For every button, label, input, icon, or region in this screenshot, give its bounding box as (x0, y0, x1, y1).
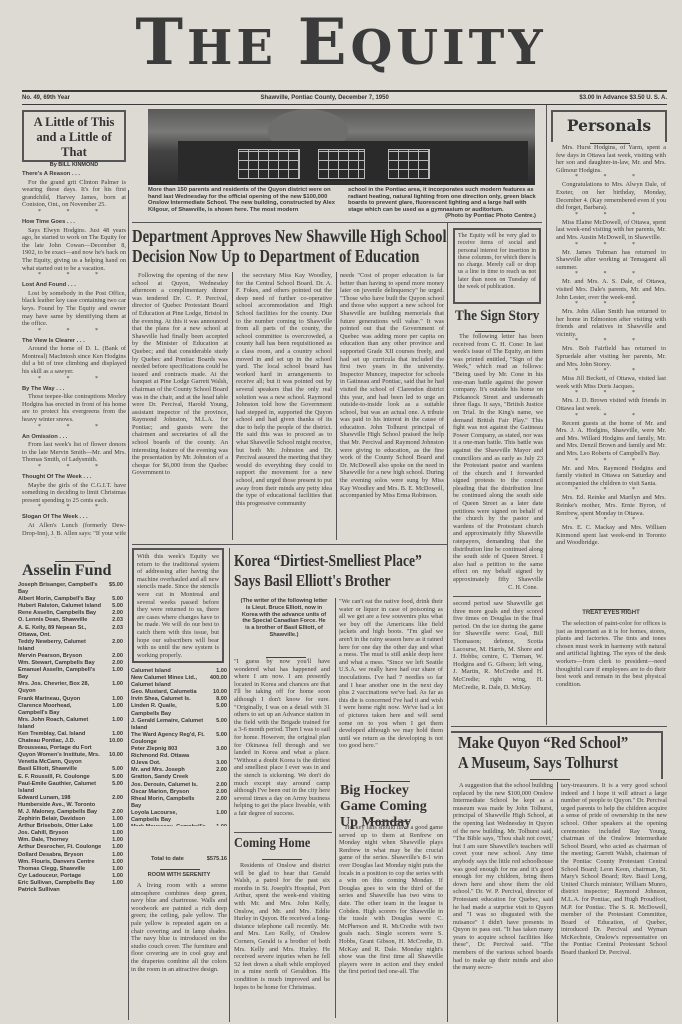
photo-caption-left: More than 150 parents and residents of t… (148, 187, 340, 213)
fund-entry: Rheal Morin, Campbells Bay2.00 (131, 796, 227, 810)
subscription-price: $3.00 In Advance $3.50 U. S. A. (579, 95, 667, 101)
personal-item: Miss Jill Beckett, of Ottawa, visited la… (556, 375, 666, 390)
personal-item: Recent guests at the home of Mr. and Mrs… (556, 420, 666, 458)
fund-entry: Joseph Brisanger, Campbell's Bay$5.00 (18, 582, 123, 596)
school-photo (148, 109, 535, 185)
column-divider-5 (546, 105, 547, 725)
quyon-col1: A suggestion that the school building re… (453, 782, 553, 1022)
separator-stars: * * * (556, 271, 666, 278)
separator-stars: * * * (556, 338, 666, 345)
issue-number: No. 49, 69th Year (22, 95, 70, 101)
separator-stars: * * * (22, 272, 126, 279)
korea-col2: "We can't eat the native food, drink the… (339, 598, 443, 770)
column-divider-6 (229, 548, 230, 1022)
fund-entry: Cyr Ladouceur, Portage1.00 (18, 873, 123, 880)
fund-entry: Thomas Clegg, Shawville1.00 (18, 866, 123, 873)
asselin-total: Total to date$575.16 (131, 856, 227, 864)
item-heading: How Time Goes . . . (22, 219, 126, 227)
personal-item: Mr. James Tubman has returned to Shawvil… (556, 249, 666, 272)
asselin-fund-list-1: Joseph Brisanger, Campbell's Bay$5.00Alb… (18, 582, 123, 1022)
fund-entry: Teddy Newberry, Calumet Island2.00 (18, 639, 123, 653)
fund-entry: Wm. Flouris, Danvers Centre1.00 (18, 859, 123, 866)
divider-main-story (132, 544, 447, 545)
quyon-headline-2: A Museum, Says Tolhurst (458, 753, 630, 773)
main-story-col3: needs "Cost of proper education is far b… (340, 272, 444, 540)
column-divider-1 (128, 190, 129, 1020)
item-heading: An Omission . . . (22, 434, 126, 442)
photo-window (318, 149, 365, 179)
personals-title: Personals (553, 112, 665, 140)
personal-item: Mrs. John Allan Smith has returned to he… (556, 308, 666, 338)
fund-entry: Mr. and Mrs. Joseph Gratton, Sandy Creek… (131, 767, 227, 781)
treat-eyes-title: TREAT EYES RIGHT (556, 610, 666, 618)
separator-stars: * * * (556, 487, 666, 494)
fund-entry: J. Gerald Lemaire, Calumet Island5.00 (131, 718, 227, 732)
fund-entry: Jos. Cahill, Bryson1.00 (18, 830, 123, 837)
asselin-fund-list-2: Calumet Island1.00New Calumet Mines Ltd.… (131, 668, 227, 826)
personal-item: Mrs. E. C. Mackay and Mrs. William Kinmo… (556, 524, 666, 547)
item-heading: There's A Reason . . . (22, 171, 126, 179)
fund-entry: A. E. Kelly, 89 Nepean St., Ottawa, Ont.… (18, 625, 123, 639)
quyon-headline-1: Make Quyon “Red School” (458, 733, 630, 753)
quyon-col2: tary-treasurers. It is a very good schoo… (561, 782, 667, 1022)
personal-item: Mrs. Hurst Hodgins, of Yarm, spent a few… (556, 144, 666, 174)
fund-entry: Chateau Pontiac, J.D. Brousseau, Portage… (18, 738, 123, 752)
separator-stars: * * * (22, 376, 126, 383)
separator-stars: * * * (22, 328, 126, 335)
column-divider-7 (335, 598, 336, 1018)
personal-item: Mrs. Ed. Reinke and Marilyn and Mrs. Rei… (556, 494, 666, 517)
quyon-headline: Make Quyon “Red School” A Museum, Says T… (458, 733, 658, 773)
separator-stars: * * * (556, 458, 666, 465)
fund-entry: Eric Sullivan, Campbells Bay1.00 (18, 880, 123, 887)
little-column-items: There's A Reason . . .For the grand grit… (22, 168, 126, 538)
fund-entry: Clarence Moorhead, Campbell's Bay1.00 (18, 703, 123, 717)
fund-entry: Hubert Ralston, Calumet Island5.00 (18, 603, 123, 610)
coming-home-title: Coming Home (234, 836, 310, 852)
little-column-header-box: A Little of This and a Little of That By… (22, 110, 126, 162)
fund-entry: Mrs. John Roach, Calumet Island1.00 (18, 717, 123, 731)
item-body: Those teepee-like contraptions Morley Ho… (22, 393, 126, 423)
main-headline-2: Decision Now Up to Department of Educati… (132, 246, 401, 266)
item-heading: Thought Of The Week . . . (22, 474, 126, 482)
photo-caption-right: school in the Pontiac area, it incorpora… (348, 187, 536, 220)
separator-stars: * * * (556, 301, 666, 308)
fund-entry: Edward Lunam, 198 Humberside Ave., W. To… (18, 795, 123, 809)
sign-story-title: The Sign Story (455, 308, 539, 325)
little-column-title: A Little of This and a Little of That (24, 115, 124, 160)
sign-story-body: The following letter has been received f… (453, 333, 543, 583)
korea-headline-1: Korea “Dirtiest-Smelliest Place” (234, 551, 402, 571)
fund-entry: Oscar Marion, Bryson2.00 (131, 789, 227, 796)
item-heading: By The Way . . . (22, 386, 126, 394)
personal-item: Congratulations to Mrs. Alwyn Dale, of E… (556, 181, 666, 211)
column-divider-8 (557, 782, 558, 1022)
korea-headline-2: Says Basil Elliott's Brother (234, 571, 402, 591)
notice-text: The Equity will be very glad to receive … (458, 233, 536, 291)
fund-entry: Wm. Dale, Thorney1.00 (18, 837, 123, 844)
personals-header: Personals (551, 110, 667, 142)
coming-home-body: Residents of Onslow and district will be… (234, 862, 330, 1022)
fund-entry: Ken Tremblay, Cal. Island1.00 (18, 731, 123, 738)
item-heading: Lost And Found . . . (22, 282, 126, 290)
fund-entry: Zephirin Belair, Davidson1.00 (18, 816, 123, 823)
rule-coming-home (262, 859, 302, 860)
divider-coming-home (234, 832, 332, 833)
main-story-col1: Following the opening of the new school … (132, 272, 228, 540)
fund-entry: Basil Elliott, Shawville5.00 (18, 766, 123, 773)
machine-notice-box: With this week's Equity we return to the… (132, 548, 224, 663)
personal-item: Mr. and Mrs. A. S. Dale, of Ottawa, visi… (556, 278, 666, 301)
fund-entry: M. J. Maloney, Campbells Bay2.00 (18, 809, 123, 816)
rule-sign (475, 331, 515, 332)
fund-entry: Loyola Lacourse, Campbells Bay1.00 (131, 810, 227, 824)
separator-stars: * * * (556, 413, 666, 420)
fund-entry: Jos. Derouin, Calumet Is.2.00 (131, 782, 227, 789)
separator-stars: * * * (22, 424, 126, 431)
fund-entry: Quyon Women's Institute, Mrs. Venetia Mc… (18, 752, 123, 766)
separator-stars: * * * (556, 368, 666, 375)
item-body: Lost by somebody in the Post Office, bla… (22, 290, 126, 328)
item-body: Says Elwyn Hodgins. Just 48 years ago, h… (22, 227, 126, 273)
column-divider-4 (447, 222, 448, 1022)
divider-quyon (451, 726, 667, 727)
rule-hockey (370, 821, 410, 822)
fund-entry: Frank Marineau, Quyon1.00 (18, 696, 123, 703)
main-headline: Department Approves New Shawville High S… (132, 226, 452, 266)
item-body: From last week's list of flower donors t… (22, 441, 126, 464)
separator-stars: * * * (22, 464, 126, 471)
fund-entry: Arthur Brisebois, Otter Lake1.00 (18, 823, 123, 830)
item-heading: The View Is Clearer . . . (22, 338, 126, 346)
personals-list: Mrs. Hurst Hodgins, of Yarm, spent a few… (556, 144, 666, 584)
newspaper-page: THE EQUITY No. 49, 69th Year Shawville, … (0, 0, 682, 1024)
column-divider-3 (336, 272, 337, 540)
separator-stars: * * * (556, 242, 666, 249)
fund-entry: Mervin Pearson, Bryson2.00 (18, 653, 123, 660)
fund-entry: Paul-Emile Gauthier, Calumet Island5.00 (18, 781, 123, 795)
separator-stars: * * * (556, 517, 666, 524)
separator-stars: * * * (556, 390, 666, 397)
masthead-title: THE EQUITY (0, 8, 682, 83)
masthead-rule-bottom (22, 104, 667, 105)
divider-photo (132, 222, 542, 223)
item-heading: Slogan Of The Week . . . (22, 514, 126, 522)
room-serenity-title: ROOM WITH SERENITY (131, 872, 227, 880)
fund-entry: Emanuel Asselin, Campbell's Bay1.00 (18, 667, 123, 681)
fund-entry: Mrs. Jos. Chevrier, Box 28, Quyon1.00 (18, 681, 123, 695)
fund-entry: Peter Zlepnig 803 Richmond Rd. Ottawa3.0… (131, 746, 227, 760)
fund-entry: New Calumet Mines Ltd., Calumet Island40… (131, 675, 227, 689)
hockey-continued: second period saw Shawville get three mo… (453, 600, 543, 722)
separator-stars: * * * (556, 174, 666, 181)
fund-entry: O. Lennis Dean, Shawville2.03 (18, 617, 123, 624)
asselin-fund-title: Asselin Fund (22, 562, 111, 580)
fund-entry: Albert Morin, Campbell's Bay5.00 (18, 596, 123, 603)
dateline: Shawville, Pontiac County, December 7, 1… (261, 95, 389, 101)
main-headline-1: Department Approves New Shawville High S… (132, 226, 401, 246)
machine-notice-text: With this week's Equity we return to the… (137, 553, 219, 659)
fund-entry: Geo. Mustard, Calumetia10.00 (131, 689, 227, 696)
separator-stars: * * * (22, 504, 126, 511)
fund-entry: The Ward Agency Reg'd, Ft. Coulonge5.00 (131, 732, 227, 746)
sign-story-signature: C. H. Cone. (453, 584, 538, 592)
big-hockey-body: Hockey fans should have a good game serv… (339, 824, 443, 1022)
korea-intro: (The writer of the following letter is L… (240, 598, 328, 639)
fund-entry: Dollard Desabra, Bryson1.00 (18, 852, 123, 859)
rule-hockey-top (370, 781, 410, 782)
item-body: Maybe the girls of the C.G.I.T. have som… (22, 482, 126, 505)
fund-entry: E. F. Roussill, Ft. Coulonge5.00 (18, 774, 123, 781)
column-divider-2 (232, 272, 233, 540)
folio-line: No. 49, 69th Year Shawville, Pontiac Cou… (22, 92, 667, 104)
photo-window (388, 149, 430, 179)
photo-credit: (Photo by Pontiac Photo Centre.) (348, 213, 536, 220)
personal-item: Mr. and Mrs. Raymond Hodgins and family … (556, 465, 666, 488)
korea-col1: "I guess by now you'll have wondered wha… (234, 658, 330, 826)
fund-entry: Wm. Stewart, Campbells Bay2.00 (18, 660, 123, 667)
separator-stars: * * * (556, 212, 666, 219)
separator-stars: * * * (22, 209, 126, 216)
fund-entry: O.Ieva Oot.3.00 (131, 760, 227, 767)
main-story-col2: the secretary Miss Kay Woodley, for the … (236, 272, 332, 540)
notice-box: The Equity will be very glad to receive … (453, 228, 541, 304)
fund-entry: Patrick Sullivan (18, 887, 123, 894)
photo-window (238, 149, 300, 179)
fund-entry: Rene Asselin, Campbells Bay2.00 (18, 610, 123, 617)
korea-headline: Korea “Dirtiest-Smelliest Place” Says Ba… (234, 551, 444, 591)
fund-entry: Linden R. Quaile, Campbells Bay5.00 (131, 703, 227, 717)
room-serenity-body: A living room with a serene atmosphere c… (131, 882, 227, 1022)
personal-item: Mrs. Bob Fairfield has returned to Sprue… (556, 345, 666, 368)
rule-room (160, 869, 200, 870)
rule-quyon (530, 779, 570, 780)
item-body: For the grand grit Clinton Palmer is wea… (22, 179, 126, 209)
fund-entry: Calumet Island1.00 (131, 668, 227, 675)
personal-item: Miss Elaine McDowell, of Ottawa, spent l… (556, 219, 666, 242)
personal-item: Mrs. J. D. Brown visited with friends in… (556, 397, 666, 412)
fund-entry: Irvin Shea, Calumet Is.8.00 (131, 696, 227, 703)
fund-entry: Arthur Desrocher, Ft. Coulonge1.00 (18, 844, 123, 851)
divider-sign (453, 596, 541, 597)
item-body: Around the home of D. L. (Bank of Montre… (22, 345, 126, 375)
treat-eyes-body: The selection of paint-color for offices… (556, 620, 666, 720)
item-body: At Allen's Lunch (formerly Dew-Drop-Inn)… (22, 522, 126, 538)
fund-entry: Mark Mousseau, Campbell's Bay1.00 (131, 824, 227, 826)
